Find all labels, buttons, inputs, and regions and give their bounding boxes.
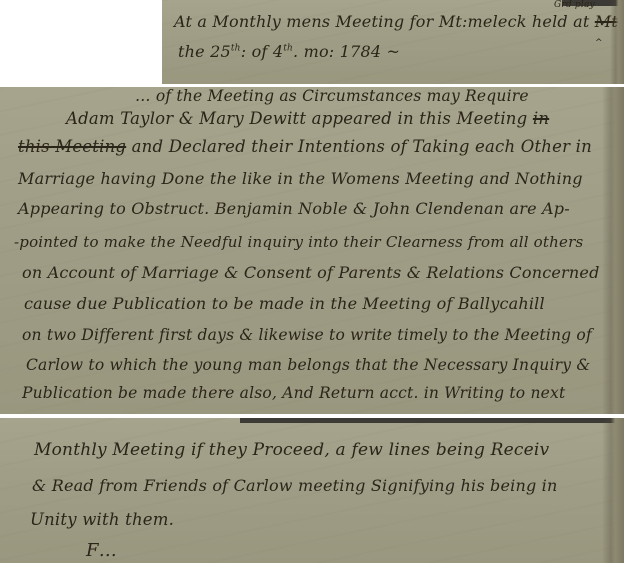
text-line-3: Marriage having Done the like in the Wom… [18, 169, 583, 188]
text-line-5: -pointed to make the Needful inquiry int… [14, 233, 583, 251]
day-suffix: th [231, 44, 241, 54]
text-line-7: cause due Publication to be made in the … [24, 294, 545, 313]
text-line-1: Adam Taylor & Mary Dewitt appeared in th… [66, 109, 549, 128]
manuscript-panel-top: At a Monthly mens Meeting for Mt:meleck … [162, 0, 624, 84]
text-line-9: Carlow to which the young man belongs th… [26, 356, 590, 374]
manuscript-panel-middle: … of the Meeting as Circumstances may Re… [0, 87, 624, 414]
struck-text: Mt:m [595, 12, 624, 31]
text-line-8: on two Different first days & likewise t… [22, 326, 592, 344]
binding-shadow [240, 418, 624, 423]
day-number: 25 [210, 42, 231, 61]
manuscript-panel-bottom: Monthly Meeting if they Proceed, a few l… [0, 418, 624, 563]
text-line-10: Publication be made there also, And Retu… [22, 384, 565, 402]
struck-text: this Meeting [18, 137, 126, 156]
interlinear-insertion: Grd play [554, 0, 595, 10]
heading-text: At a Monthly mens Meeting for Mt:meleck … [174, 12, 595, 31]
text-line-3: Unity with them. [30, 510, 174, 529]
text-line-6: on Account of Marriage & Consent of Pare… [22, 263, 600, 282]
struck-text: in [533, 109, 549, 128]
text-line-2: this Meeting and Declared their Intentio… [18, 137, 592, 156]
text-line-1: Monthly Meeting if they Proceed, a few l… [34, 440, 549, 460]
month-suffix: th [283, 44, 293, 54]
month-number: 4 [273, 42, 283, 61]
text-line-4: Appearing to Obstruct. Benjamin Noble & … [18, 199, 570, 218]
insertion-caret: ^ [595, 38, 603, 48]
year: 1784 [340, 42, 382, 61]
text-line-4-partial: F… [86, 540, 117, 561]
line-text: Adam Taylor & Mary Dewitt appeared in th… [66, 109, 527, 128]
text-line-2: & Read from Friends of Carlow meeting Si… [32, 476, 558, 495]
line-text: and Declared their Intentions of Taking … [126, 137, 592, 156]
heading-line-1: At a Monthly mens Meeting for Mt:meleck … [174, 12, 624, 31]
text-line-0: … of the Meeting as Circumstances may Re… [135, 87, 529, 105]
heading-line-2: the 25th: of 4th. mo: 1784 ~ [178, 42, 400, 61]
